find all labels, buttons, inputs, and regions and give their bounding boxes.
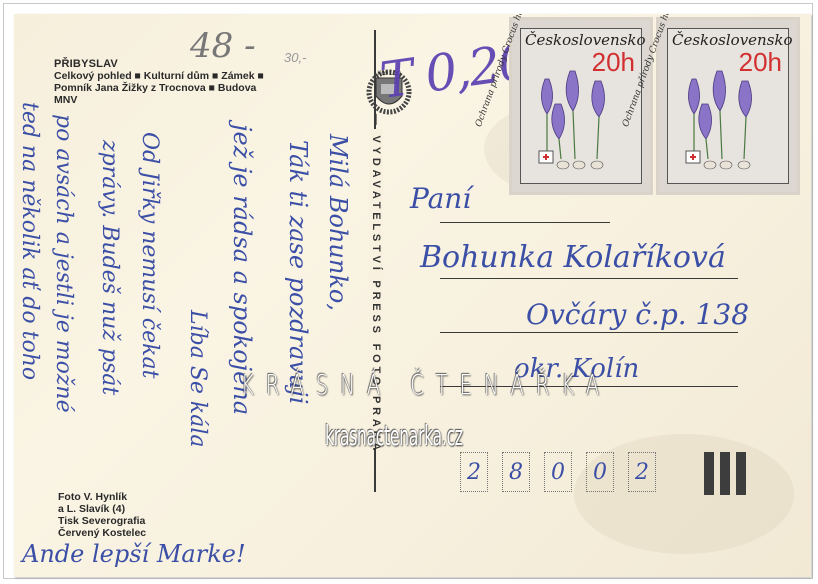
- publisher-text: — VYDAVATELSTVÍ PRESS FOTO PRAHA: [370, 114, 382, 454]
- address-line: [440, 222, 610, 223]
- postal-code-digit: 0: [586, 452, 614, 492]
- postal-code-digit: 2: [628, 452, 656, 492]
- watermark-url: krasnactenarka.cz: [325, 419, 463, 452]
- picture-caption: PŘIBYSLAV Celkový pohled ■ Kulturní dům …: [54, 58, 324, 106]
- message-line: Ták ti zase pozdravuji: [284, 140, 312, 404]
- photo-credits: Foto V. Hynlík a L. Slavík (4) Tisk Seve…: [58, 491, 146, 539]
- credit-line: Červený Kostelec: [58, 527, 146, 539]
- address-line: [440, 332, 738, 333]
- crocus-flower-icon: [525, 59, 639, 177]
- caption-line: Celkový pohled ■ Kulturní dům ■ Zámek ■: [54, 70, 324, 82]
- postal-code-digit: 8: [502, 452, 530, 492]
- credit-line: Foto V. Hynlík: [58, 491, 146, 503]
- postal-code-digit: 2: [460, 452, 488, 492]
- address-line: [440, 278, 738, 279]
- pencil-note: 48 -: [190, 26, 256, 66]
- image-frame: PŘIBYSLAV Celkový pohled ■ Kulturní dům …: [3, 3, 813, 579]
- message-line: po avsách a jestli je možné: [51, 114, 76, 413]
- message-line: Milá Bohunko,: [324, 134, 352, 311]
- crocus-flower-icon: [672, 59, 786, 177]
- caption-line: MNV: [54, 94, 324, 106]
- credit-line: Tisk Severografia: [58, 515, 146, 527]
- credit-line: a L. Slavík (4): [58, 503, 146, 515]
- address-salutation: Paní: [410, 182, 471, 215]
- caption-line: Pomník Jana Žižky z Trocnova ■ Budova: [54, 82, 324, 94]
- watermark-title: KRÁSNÁ ČTENÁŘKA: [241, 368, 611, 401]
- postal-bars-icon: [704, 452, 752, 500]
- message-line: Od Jiřky nemusí čekat: [137, 132, 162, 378]
- postcard: PŘIBYSLAV Celkový pohled ■ Kulturní dům …: [14, 14, 811, 577]
- message-line: zprávy. Budeš nuž psát: [97, 140, 122, 395]
- message-line: Líba Se kála: [185, 310, 210, 448]
- address-name: Bohunka Kolaříková: [420, 240, 726, 275]
- message-line: ted na několik ať do toho: [17, 102, 42, 380]
- postal-code-digit: 0: [544, 452, 572, 492]
- postage-stamp: Československo 20h: [659, 20, 797, 192]
- pencil-note-small: 30,-: [284, 50, 306, 65]
- signoff: Ande lepší Marke!: [22, 540, 246, 568]
- address-street: Ovčáry č.p. 138: [526, 298, 749, 331]
